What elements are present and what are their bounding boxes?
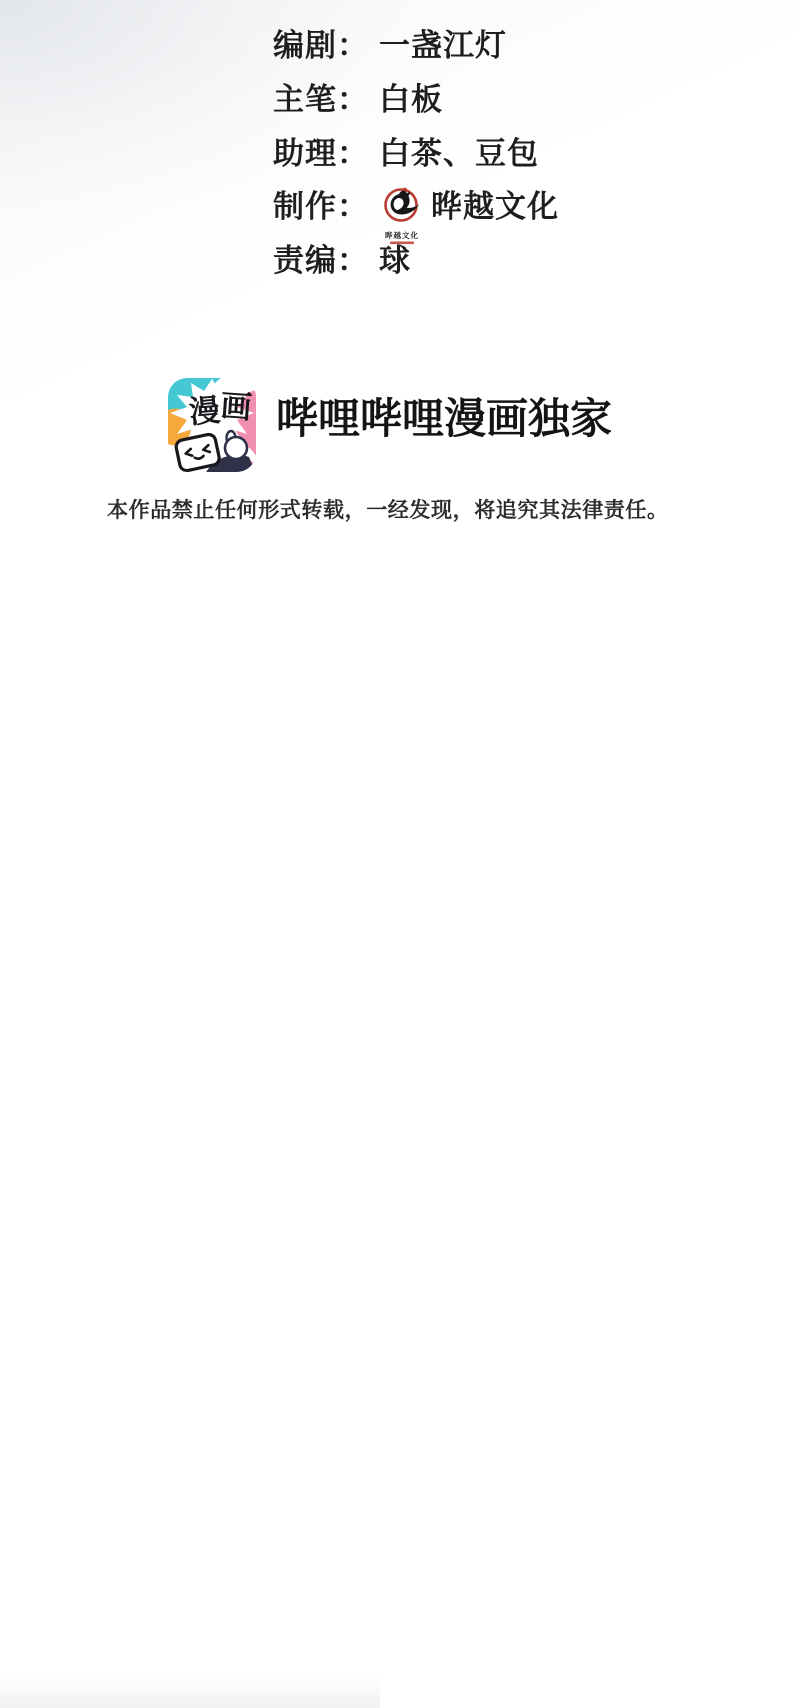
credit-label: 助理 (273, 137, 337, 172)
credit-row-production: 制作： 晔越文化 晔越文化 (273, 190, 559, 248)
credit-row-screenwriter: 编剧：一盏江灯 (273, 29, 507, 64)
app-icon-manga-char-2: 画 (220, 388, 253, 425)
studio-logo-caption: 晔越文化 (385, 230, 419, 240)
credit-value: 一盏江灯 (379, 29, 507, 64)
app-icon-hand (225, 437, 247, 459)
credit-label: 编剧 (273, 29, 337, 64)
copyright-disclaimer: 本作品禁止任何形式转载，一经发现，将追究其法律责任。 (107, 494, 669, 524)
platform-exclusive-title: 哔哩哔哩漫画独家 (276, 396, 612, 442)
credit-value: 晔越文化 (431, 190, 559, 225)
credit-label: 主笔 (273, 83, 337, 118)
credit-value: 球 (379, 244, 411, 279)
logo-crown-dot (403, 188, 406, 191)
app-icon-tv-face (175, 433, 221, 472)
credit-separator: ： (337, 137, 369, 172)
credit-separator: ： (337, 29, 369, 64)
credit-value: 白板 (379, 83, 443, 118)
credit-separator: ： (337, 190, 369, 225)
credit-row-assistants: 助理：白茶、豆包 (273, 137, 539, 172)
page: 编剧：一盏江灯 主笔：白板 助理：白茶、豆包 制作： 晔越文化 晔越文化 责编：… (0, 0, 795, 1708)
credit-label: 制作 (273, 190, 337, 225)
yeyue-culture-logo-icon: 晔越文化 (381, 186, 425, 248)
bilibili-manga-app-icon: 漫 画 (167, 376, 257, 474)
credit-label: 责编 (273, 244, 337, 279)
app-icon-manga-char-1: 漫 (188, 392, 222, 430)
credit-row-editor: 责编：球 (273, 244, 411, 279)
credit-row-lead-artist: 主笔：白板 (273, 83, 443, 118)
paper-texture-bottom (0, 1674, 380, 1708)
credit-separator: ： (337, 244, 369, 279)
credit-separator: ： (337, 83, 369, 118)
credit-value: 白茶、豆包 (379, 137, 539, 172)
